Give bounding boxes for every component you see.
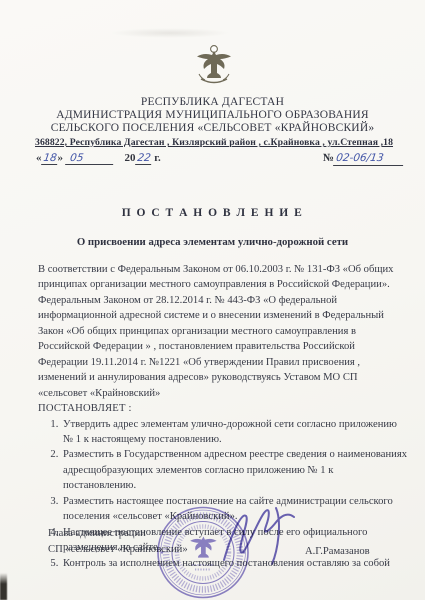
decree-item: Разместить в Государственном адресном ре…	[61, 447, 407, 493]
year-prefix: 20	[125, 152, 136, 164]
administration-name: АДМИНИСТРАЦИЯ МУНИЦИПАЛЬНОГО ОБРАЗОВАНИЯ	[0, 109, 425, 121]
signatory-position-line1: Глава администрации	[48, 528, 146, 539]
scan-artifact	[110, 28, 230, 38]
postal-address: 368822, Республика Дагестан , Кизлярский…	[35, 137, 415, 148]
number-sign: №	[323, 152, 334, 164]
scanned-decree-page: РЕСПУБЛИКА ДАГЕСТАН АДМИНИСТРАЦИЯ МУНИЦИ…	[0, 0, 425, 600]
handwritten-year: 22	[135, 152, 153, 165]
signature-scribble	[216, 498, 302, 580]
date-number-row: «18» 05 2022 г. №02-06/13	[36, 152, 404, 166]
number-field: №02-06/13	[323, 152, 404, 166]
scan-edge-artifact	[0, 573, 7, 600]
eagle-silhouette	[197, 51, 231, 78]
document-subject: О присвоении адреса элементам улично-дор…	[0, 236, 425, 248]
settlement-name: СЕЛЬСКОГО ПОСЕЛЕНИЯ «СЕЛЬСОВЕТ «КРАЙНОВС…	[0, 122, 425, 134]
date-field: «18» 05 2022 г.	[36, 152, 161, 166]
decree-item: Утвердить адрес элементам улично-дорожно…	[61, 417, 407, 448]
preamble-paragraph: В соответствии с Федеральным Законом от …	[38, 262, 407, 401]
document-title: П О С Т А Н О В Л Е Н И Е	[0, 207, 425, 219]
dagestan-coat-of-arms-icon	[193, 42, 235, 86]
stamp-eagle	[190, 537, 217, 558]
republic-name: РЕСПУБЛИКА ДАГЕСТАН	[0, 96, 425, 108]
handwritten-day: 18	[41, 152, 59, 165]
resolves-line: ПОСТАНОВЛЯЕТ :	[38, 401, 407, 416]
signatory-name: А.Г.Рамазанов	[305, 546, 370, 557]
handwritten-month: 05	[65, 152, 115, 165]
handwritten-number: 02-06/13	[333, 152, 405, 166]
year-suffix: г.	[154, 152, 161, 164]
